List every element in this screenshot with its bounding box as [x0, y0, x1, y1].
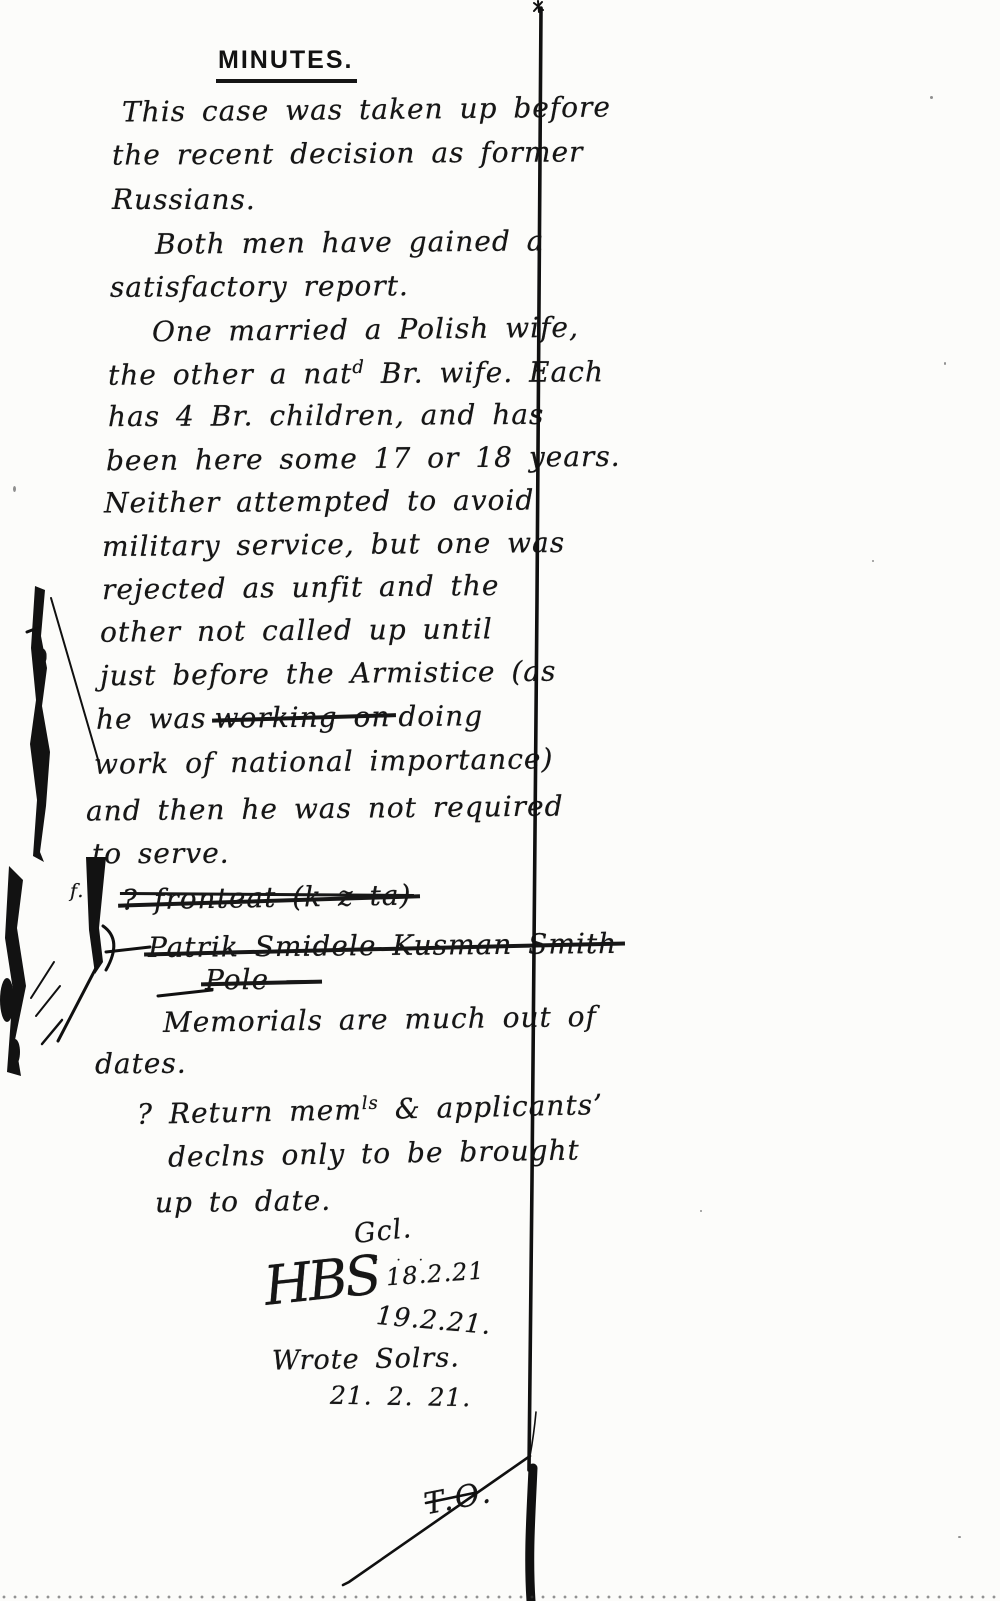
tear-blob-2	[10, 1039, 20, 1065]
pole-lead-dash	[158, 990, 212, 996]
tear-scratch-1	[31, 962, 54, 998]
scan-speck	[872, 560, 874, 562]
tear-paren-curve	[103, 926, 114, 970]
bottom-scan-edge-noise	[0, 1592, 1000, 1601]
scan-speck	[958, 1536, 961, 1538]
scan-artifacts-layer	[0, 0, 1000, 1601]
tear-blob-1	[0, 978, 14, 1022]
scan-speck	[13, 486, 16, 492]
fold-rule-thick-bottom	[530, 1468, 533, 1601]
bottom-crease-line	[343, 1456, 530, 1585]
scan-speck	[944, 362, 946, 365]
tear-crease-diagonal	[51, 598, 99, 763]
tear-scratch-2	[36, 986, 60, 1016]
tear-wedge	[86, 857, 106, 974]
scan-speck	[700, 1210, 702, 1212]
tear-wedge-tail	[58, 966, 97, 1041]
minute-sheet-page: MINUTES. This case was taken up before t…	[0, 0, 1000, 1601]
fold-rule-line	[529, 8, 541, 1470]
scan-speck	[930, 96, 933, 99]
